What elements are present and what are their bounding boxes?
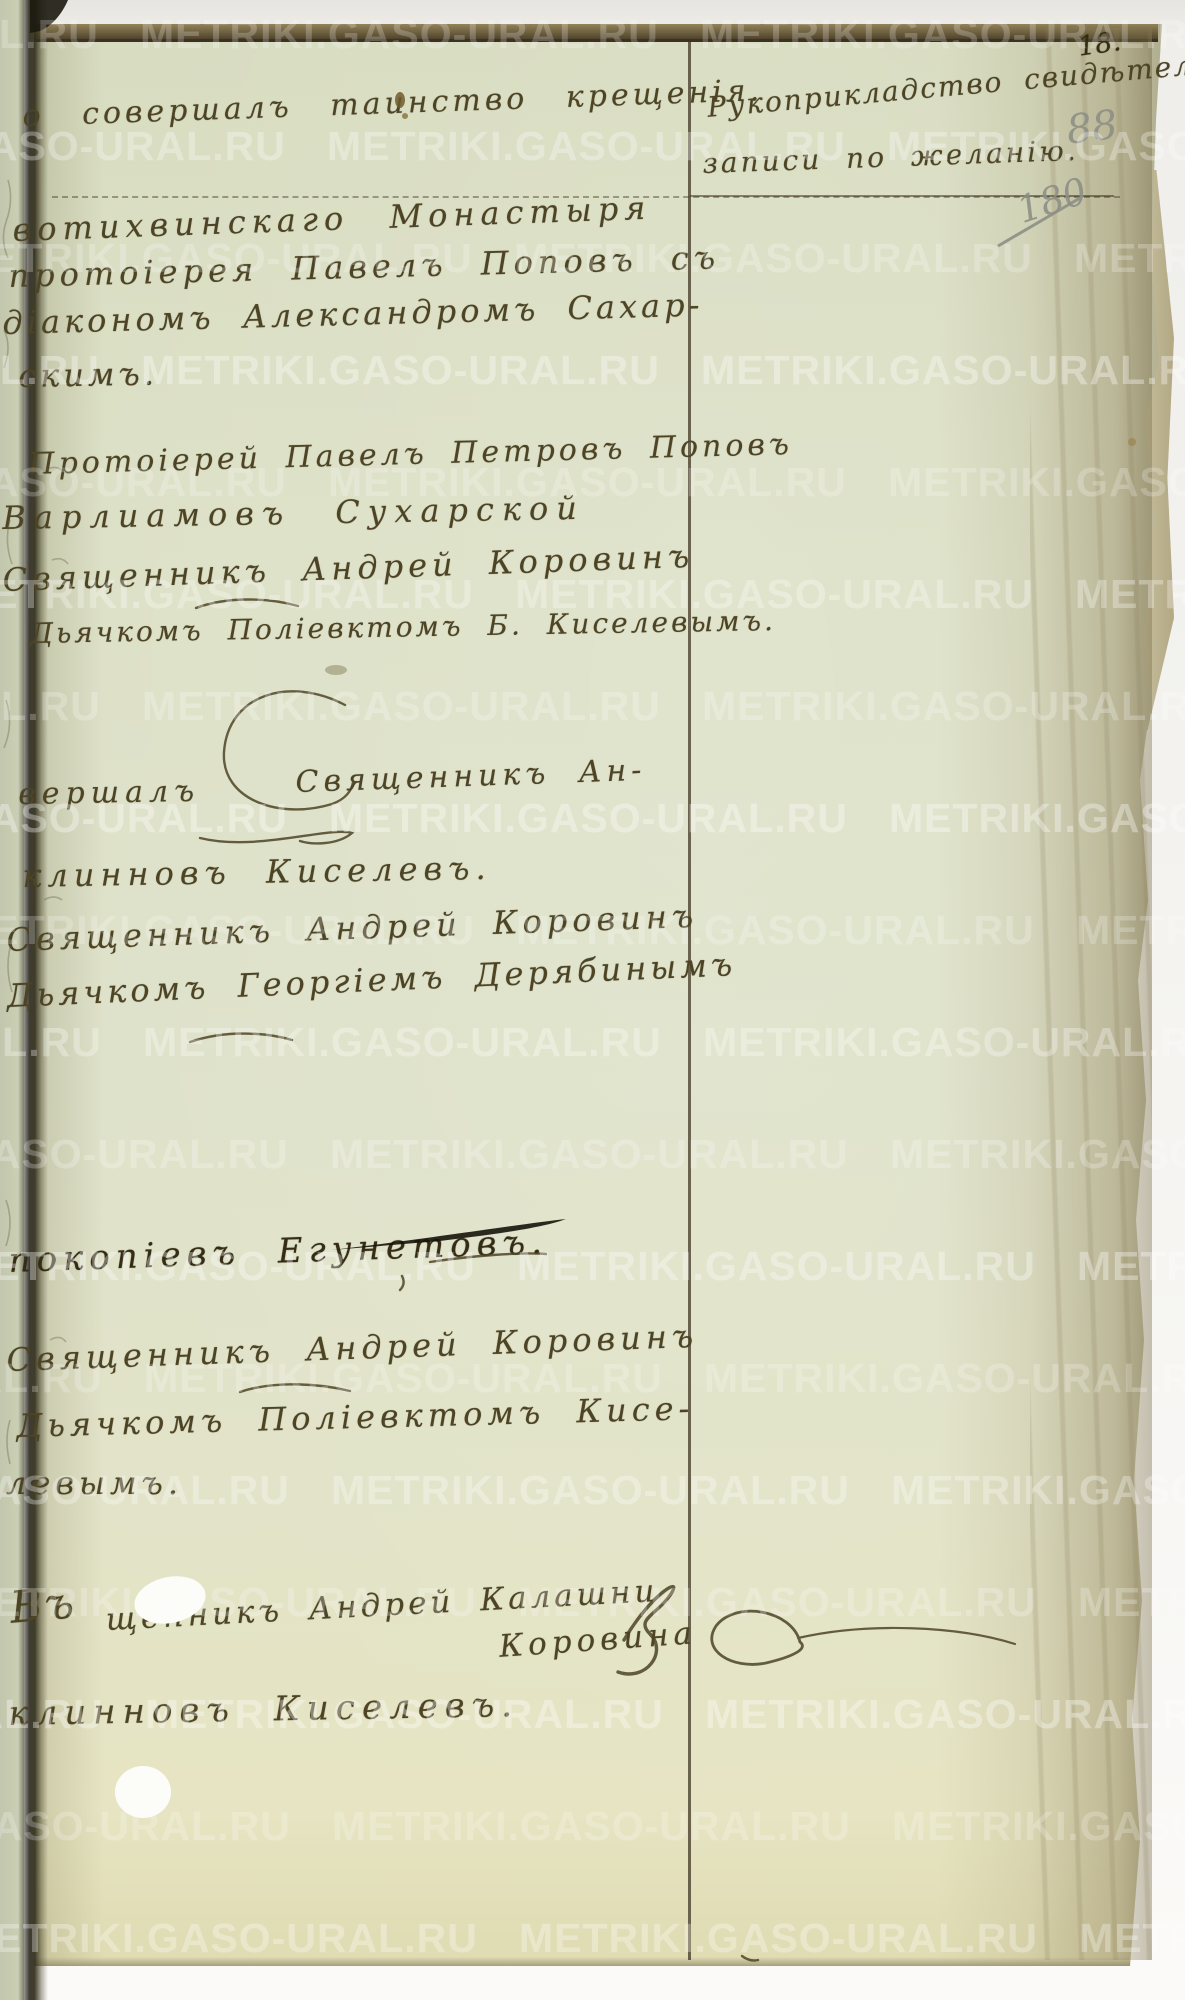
page-number-ink: 18. xyxy=(1076,26,1123,63)
handwritten-line-8: вершалъ xyxy=(18,775,200,813)
archival-document-scan: о совершалъ таинство крещенія. Рукоприкл… xyxy=(0,0,1185,2000)
handwritten-line-17: Въ xyxy=(8,1578,78,1634)
handwritten-line-10: клинновъ Киселевъ. xyxy=(22,850,492,895)
handwritten-line-16: левымъ. xyxy=(6,1465,183,1502)
page-number-pencil: 88 xyxy=(1064,102,1120,154)
paper-edge-stains xyxy=(1030,28,1152,1960)
handwritten-line-3: скимъ. xyxy=(18,356,158,395)
column-divider xyxy=(688,40,691,1960)
